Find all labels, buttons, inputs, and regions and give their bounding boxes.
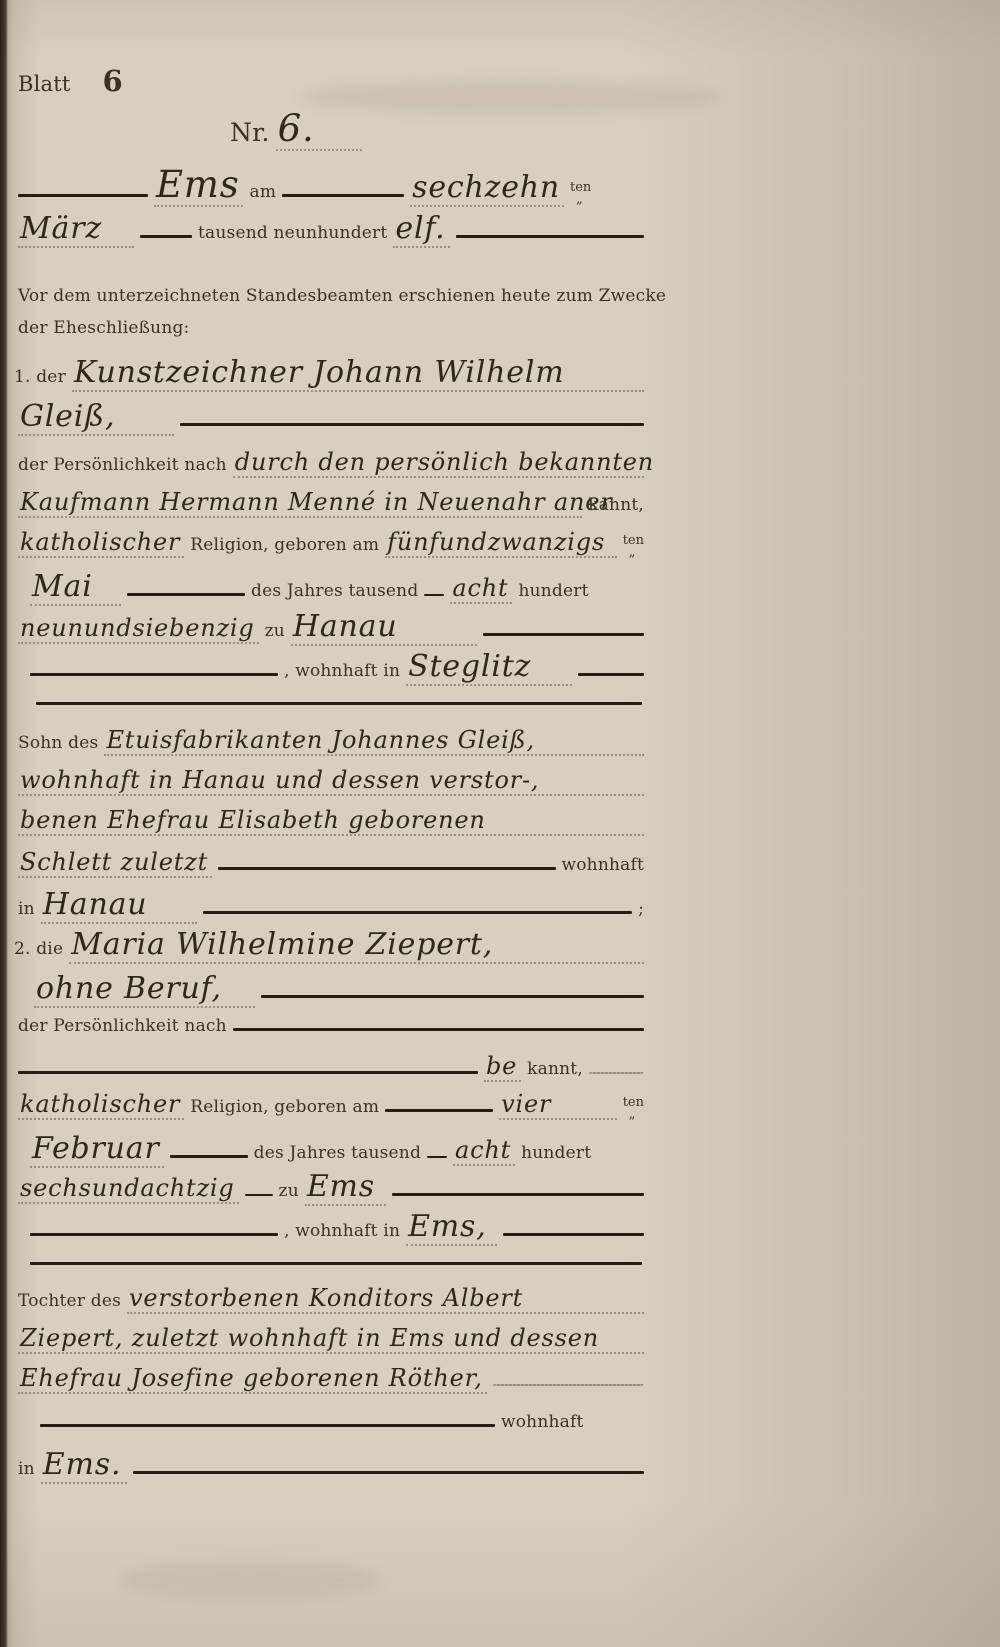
bride-occupation: ohne Beruf, — [34, 974, 255, 1008]
section-separator — [36, 702, 642, 705]
binding-edge — [0, 0, 8, 1647]
bride-birth-month: Februar — [30, 1134, 164, 1168]
bleed-through-smudge — [120, 1560, 380, 1600]
abbreviation-mark: „ — [629, 1108, 636, 1121]
bride-parents-in-label: in — [18, 1459, 35, 1479]
groom-year-tens: neunundsiebenzig — [18, 616, 259, 644]
groom-mother-maiden: Schlett zuletzt — [18, 850, 212, 878]
groom-year-label: des Jahres tausend — [251, 581, 418, 601]
groom-resident-label: , wohnhaft in — [284, 661, 400, 681]
bride-father-entry: verstorbenen Konditors Albert — [127, 1286, 644, 1314]
bride-hundert-label: hundert — [521, 1143, 591, 1163]
intro-line1: Vor dem unterzeichneten Standesbeamten e… — [18, 286, 666, 306]
bride-religion: katholischer — [18, 1092, 184, 1120]
bride-year-hundreds: acht — [453, 1138, 515, 1166]
groom-birthplace: Hanau — [291, 612, 477, 646]
groom-religion: katholischer — [18, 530, 184, 558]
sheet-number: 6 — [103, 64, 123, 98]
groom-year-hundreds: acht — [450, 576, 512, 604]
registration-month: März — [18, 214, 134, 248]
bride-identity-be: be — [484, 1054, 521, 1082]
bride-kannt-label: kannt, — [527, 1059, 583, 1079]
ten-suffix: ten„ — [570, 181, 591, 194]
year-printed-label: tausend neunhundert — [198, 223, 387, 243]
groom-item-label: 1. der — [14, 367, 66, 387]
record-number-value: 6. — [276, 110, 362, 151]
bride-birth-day: vier — [499, 1092, 617, 1120]
bride-parents-residence: Ems. — [41, 1450, 127, 1484]
record-number-label: Nr. — [230, 118, 270, 147]
bride-name: Maria Wilhelmine Ziepert, — [69, 930, 644, 964]
document-page: Blatt 6 Nr. 6. Ems am sechzehn ten„ März… — [0, 0, 1000, 1647]
bride-zu-label: zu — [279, 1181, 299, 1201]
intro-line2: der Eheschließung: — [18, 318, 189, 338]
groom-identity-label: der Persönlichkeit nach — [18, 455, 227, 475]
bride-parents-line3: Ehefrau Josefine geborenen Röther, — [18, 1366, 487, 1394]
bride-religion-label: Religion, geboren am — [190, 1097, 379, 1117]
am-label: am — [249, 182, 276, 202]
groom-parents-wohnhaft-label: wohnhaft — [562, 855, 645, 875]
registration-place: Ems — [154, 166, 243, 207]
ten-suffix: ten„ — [623, 1096, 644, 1109]
groom-parents-line2: wohnhaft in Hanau und dessen verstor-, — [18, 768, 644, 796]
groom-identity-entry2: Kaufmann Hermann Menné in Neuenahr aner — [18, 490, 582, 518]
bride-birthplace: Ems — [305, 1172, 386, 1206]
section-separator — [30, 1262, 642, 1265]
groom-religion-label: Religion, geboren am — [190, 535, 379, 555]
groom-parents-line3: benen Ehefrau Elisabeth geborenen — [18, 808, 644, 836]
bride-residence: Ems, — [406, 1212, 497, 1246]
groom-occupation-name: Kunstzeichner Johann Wilhelm — [72, 358, 644, 392]
registration-day: sechzehn — [410, 173, 564, 207]
abbreviation-mark: „ — [576, 193, 583, 206]
abbreviation-mark: „ — [629, 546, 636, 559]
groom-residence: Steglitz — [406, 652, 572, 686]
groom-parents-label: Sohn des — [18, 733, 98, 753]
ten-suffix: ten„ — [623, 534, 644, 547]
bride-year-tens: sechsundachtzig — [18, 1176, 239, 1204]
bride-parents-label: Tochter des — [18, 1291, 121, 1311]
groom-hundert-label: hundert — [518, 581, 588, 601]
groom-parents-residence: Hanau — [41, 890, 197, 924]
groom-kannt-label: kannt, — [588, 495, 644, 515]
groom-parents-semicolon: ; — [638, 899, 644, 919]
groom-birth-month: Mai — [30, 572, 121, 606]
sheet-label: Blatt — [18, 72, 71, 96]
bride-parents-line2: Ziepert, zuletzt wohnhaft in Ems und des… — [18, 1326, 644, 1354]
groom-zu-label: zu — [265, 621, 285, 641]
bride-year-label: des Jahres tausend — [254, 1143, 421, 1163]
bride-identity-label: der Persönlichkeit nach — [18, 1016, 227, 1036]
bride-item-label: 2. die — [14, 939, 63, 959]
groom-surname: Gleiß, — [18, 402, 174, 436]
groom-identity-entry1: durch den persönlich bekannten — [233, 450, 644, 478]
bride-resident-label: , wohnhaft in — [284, 1221, 400, 1241]
groom-father-entry: Etuisfabrikanten Johannes Gleiß, — [104, 728, 644, 756]
groom-birth-day: fünfundzwanzigs — [385, 530, 617, 558]
bride-parents-wohnhaft-label: wohnhaft — [501, 1412, 584, 1432]
groom-parents-in-label: in — [18, 899, 35, 919]
registration-year: elf. — [393, 214, 449, 248]
